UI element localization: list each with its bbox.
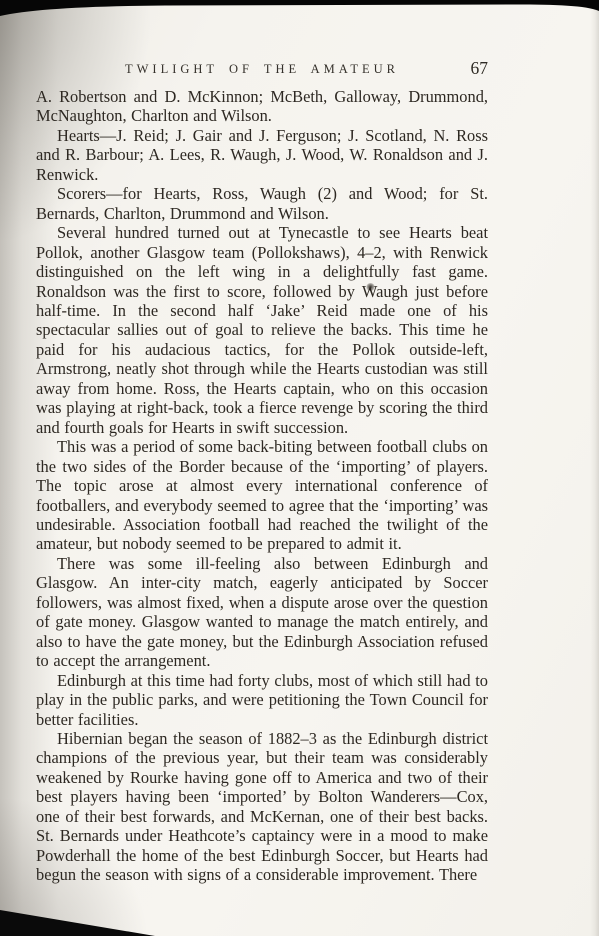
- paragraph: Scorers—for Hearts, Ross, Waugh (2) and …: [36, 184, 488, 223]
- paragraph: There was some ill-feeling also between …: [36, 554, 488, 671]
- paragraph: Several hundred turned out at Tynecastle…: [36, 223, 488, 437]
- book-bottom-corner: [0, 908, 170, 936]
- paragraph: A. Robertson and D. McKinnon; McBeth, Ga…: [36, 87, 488, 126]
- running-title: TWILIGHT OF THE AMATEUR: [36, 62, 488, 77]
- paragraph: Hibernian began the season of 1882–3 as …: [36, 729, 488, 885]
- running-header: TWILIGHT OF THE AMATEUR 67: [36, 58, 488, 80]
- paragraph: This was a period of some back-biting be…: [36, 437, 488, 554]
- paragraph: Edinburgh at this time had forty clubs, …: [36, 671, 488, 729]
- page-right-edge: [590, 0, 599, 936]
- paragraph: Hearts—J. Reid; J. Gair and J. Ferguson;…: [36, 126, 488, 184]
- text-block: A. Robertson and D. McKinnon; McBeth, Ga…: [36, 87, 488, 885]
- book-top-edge: [0, 0, 599, 20]
- page-number: 67: [471, 58, 489, 79]
- scanned-book-page: TWILIGHT OF THE AMATEUR 67 A. Robertson …: [0, 0, 599, 936]
